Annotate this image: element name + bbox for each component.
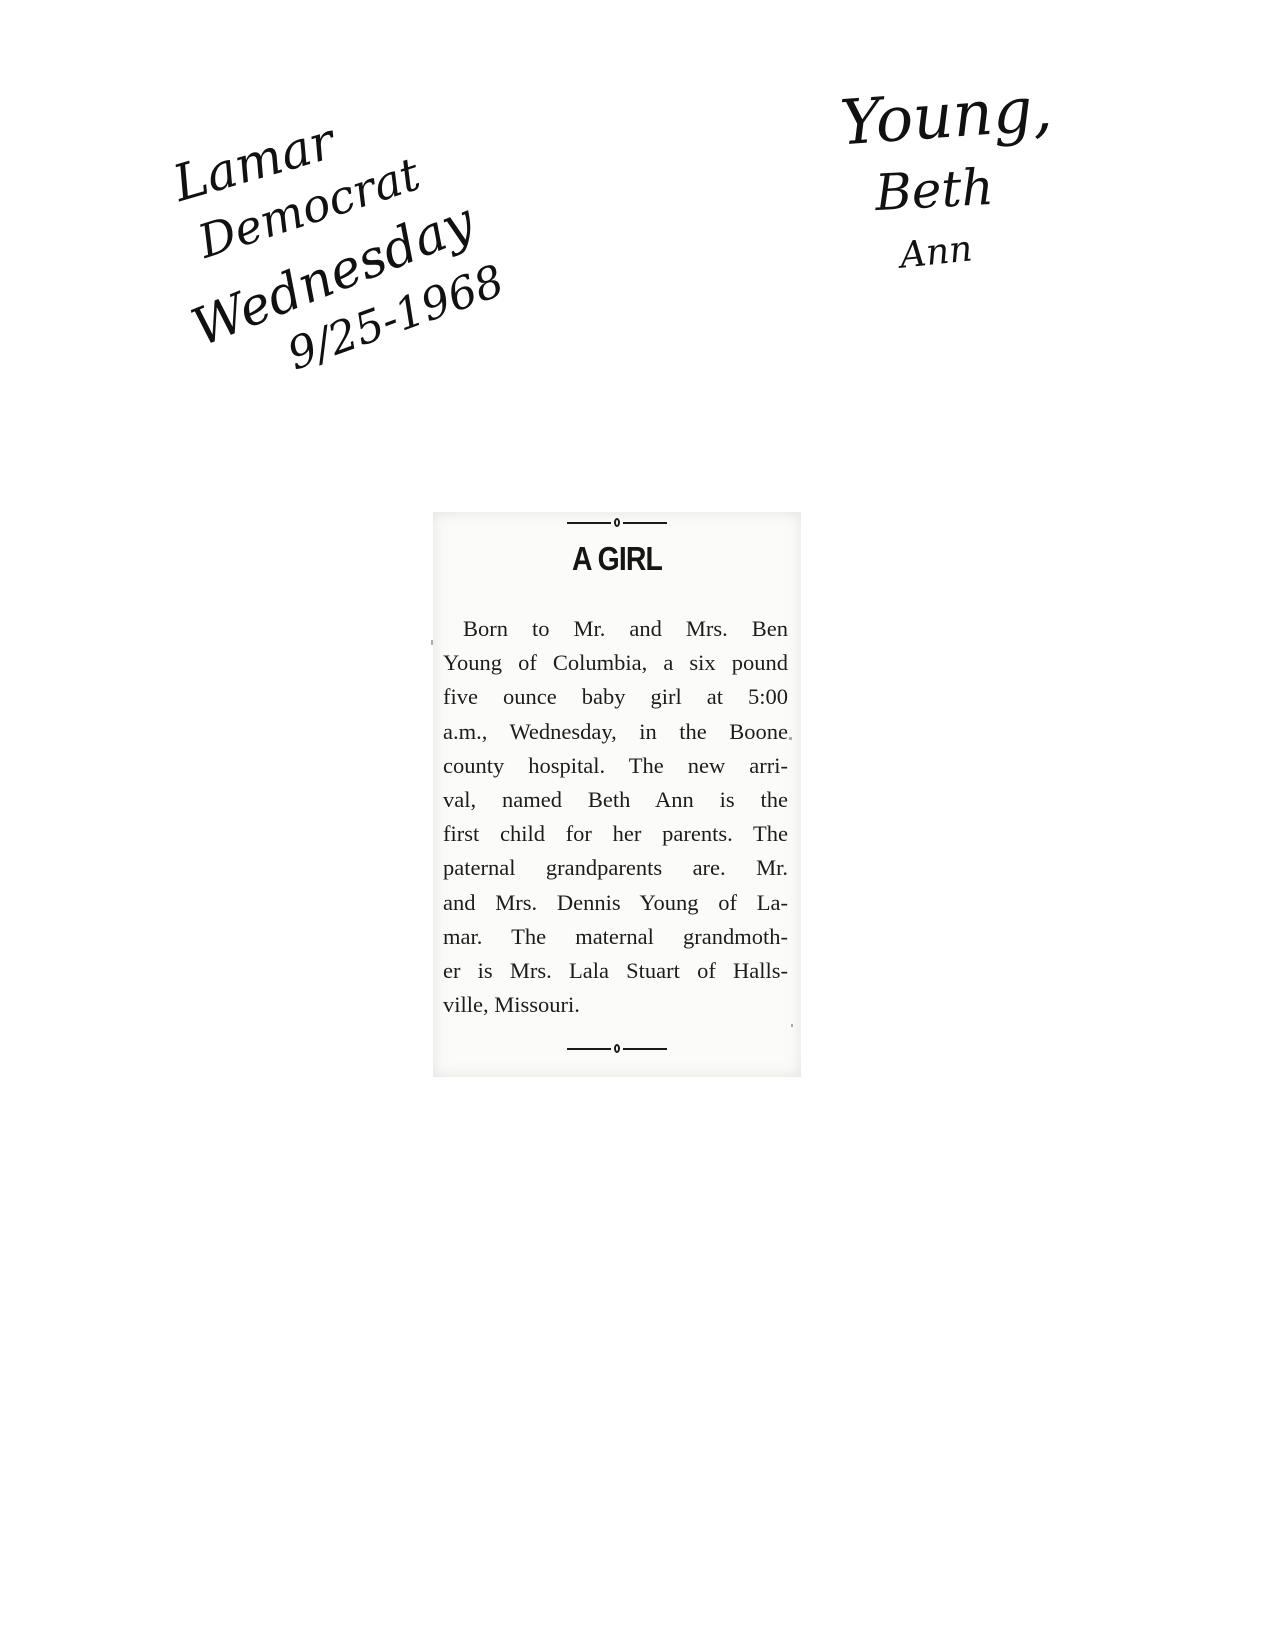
- body-line: first child for her parents. The: [443, 817, 788, 851]
- body-line: mar. The maternal grandmoth-: [443, 920, 788, 954]
- body-line: a.m., Wednesday, in the Boone: [443, 715, 788, 749]
- body-line: val, named Beth Ann is the: [443, 783, 788, 817]
- scan-speck: [791, 1024, 793, 1027]
- rule-with-circle-ornament-icon: [567, 518, 667, 528]
- note-middle-name: Ann: [898, 231, 974, 274]
- note-first-name: Beth: [874, 162, 995, 218]
- newspaper-clipping: A GIRL Born to Mr. and Mrs. Ben Young of…: [433, 512, 801, 1077]
- body-line: er is Mrs. Lala Stuart of Halls-: [443, 954, 788, 988]
- handwritten-name-note: Young, Beth Ann: [840, 75, 1040, 275]
- scan-speck: [789, 737, 792, 740]
- body-line: ville, Missouri.: [443, 988, 788, 1022]
- body-line: Young of Columbia, a six pound: [443, 646, 788, 680]
- body-line: paternal grandparents are. Mr.: [443, 851, 788, 885]
- clipping-headline: A GIRL: [459, 540, 775, 578]
- clipping-body: Born to Mr. and Mrs. Ben Young of Columb…: [443, 612, 788, 1022]
- scan-speck: [431, 640, 433, 645]
- rule-with-circle-ornament-icon: [567, 1044, 667, 1054]
- body-line: county hospital. The new arri-: [443, 749, 788, 783]
- handwritten-source-note: Lamar Democrat Wednesday 9/25-1968: [165, 140, 485, 380]
- body-line: Born to Mr. and Mrs. Ben: [443, 612, 788, 646]
- body-line: five ounce baby girl at 5:00: [443, 680, 788, 714]
- body-line: and Mrs. Dennis Young of La-: [443, 886, 788, 920]
- note-surname: Young,: [838, 78, 1054, 155]
